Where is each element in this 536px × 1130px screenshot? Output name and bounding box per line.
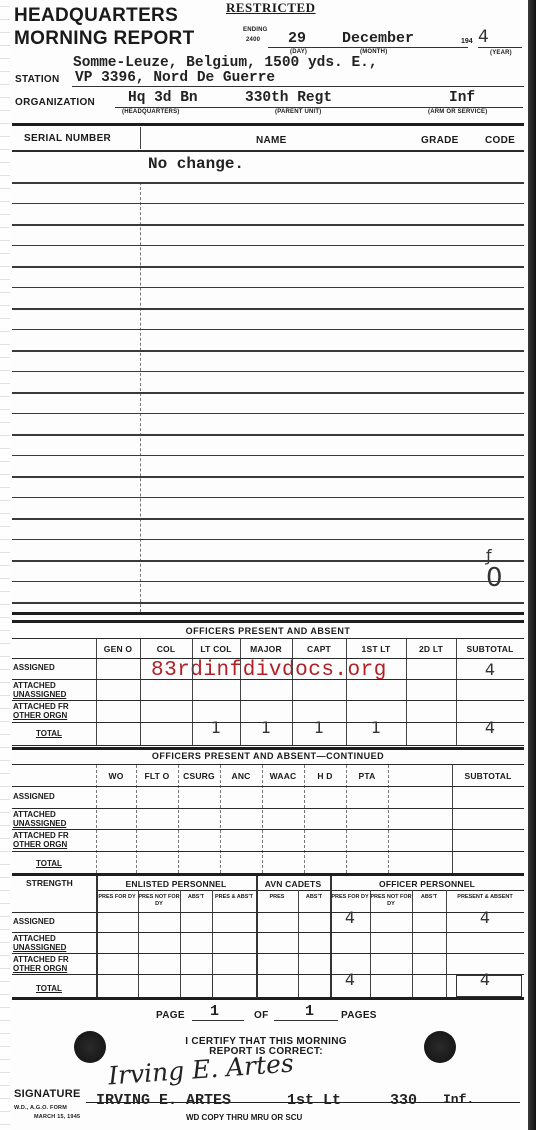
officers-cont-col-divider [452, 765, 453, 873]
officers-cont-col-header: WO [96, 771, 136, 781]
strength-bottom-rule [12, 997, 524, 1000]
officers-cont-col-divider [388, 765, 389, 873]
year-underline [478, 47, 522, 48]
strength-cell-value: 4 [330, 908, 370, 927]
col-code: CODE [485, 135, 515, 146]
form-date: MARCH 15, 1945 [34, 1114, 80, 1120]
officers-cont-col-divider [262, 765, 263, 873]
ruled-line [12, 518, 524, 520]
officers-cont-row-rule [12, 786, 524, 787]
ruled-line [12, 287, 524, 288]
strength-col-header: ABS'T [298, 894, 330, 901]
strength-cell-value: 4 [330, 970, 370, 989]
ruled-line [12, 560, 524, 562]
officers-section-title: OFFICERS PRESENT AND ABSENT [12, 626, 524, 636]
officers-cell-value: 1 [240, 718, 292, 737]
strength-col-header: PRES FOR DY [330, 894, 370, 901]
station-underline [72, 86, 524, 87]
form-id: W.D., A.G.O. FORM [14, 1105, 67, 1111]
strength-row-rule [12, 932, 524, 933]
officers-cont-title-rule [12, 764, 524, 765]
officers-col-divider [140, 639, 141, 745]
enlisted-total-box [212, 974, 258, 998]
col-serial-number: SERIAL NUMBER [24, 133, 111, 144]
signer-arm: Inf. [443, 1092, 474, 1107]
roster-header-rule [12, 150, 524, 152]
strength-row-rule [12, 953, 524, 954]
organization-hq: Hq 3d Bn [128, 90, 198, 106]
officers-continued-title: OFFICERS PRESENT AND ABSENT—CONTINUED [12, 751, 524, 761]
officers-col-header: LT COL [192, 644, 240, 654]
signature-label: SIGNATURE [14, 1088, 81, 1100]
of-label: OF [254, 1010, 269, 1021]
officers-cont-top-rule [12, 747, 524, 750]
ruled-line [12, 581, 524, 582]
station-line2: VP 3396, Nord De Guerre [75, 70, 275, 86]
strength-row-label: TOTAL [36, 984, 62, 993]
ruled-bottom-rule [12, 612, 524, 615]
ruled-line [12, 350, 524, 352]
officers-cont-col-divider [346, 765, 347, 873]
hq-caption: (HEADQUARTERS) [122, 109, 179, 115]
ruled-line [12, 602, 524, 604]
strength-col-divider [298, 890, 299, 997]
strength-group-rule [96, 890, 524, 891]
officers-cell-value: 1 [346, 718, 406, 737]
officers-cont-row-label: TOTAL [36, 859, 62, 868]
strength-col-header: ABS'T [180, 894, 212, 901]
ruled-line [12, 392, 524, 394]
officers-cont-col-divider [178, 765, 179, 873]
year-prefix: 194 [461, 38, 473, 45]
officers-row-rule [12, 745, 524, 746]
roster-col-divider [140, 127, 141, 149]
ruled-line [12, 245, 524, 246]
officers-cont-col-divider [220, 765, 221, 873]
ruled-line [12, 329, 524, 330]
page-label: PAGE [156, 1010, 185, 1021]
officers-row-rule [12, 700, 524, 701]
officers-cont-col-divider [304, 765, 305, 873]
group-enlisted: ENLISTED PERSONNEL [96, 879, 256, 889]
arm-caption: (ARM OR SERVICE) [428, 109, 487, 115]
ending-label: ENDING [243, 27, 268, 33]
officers-col-header: COL [140, 644, 192, 654]
binder-hole-left [74, 1031, 106, 1063]
ruled-line [12, 476, 524, 478]
group-avn-cadets: AVN CADETS [256, 879, 330, 889]
officers-cont-row-label: ASSIGNED [13, 792, 55, 801]
parent-unit-caption: (PARENT UNIT) [275, 109, 321, 115]
officers-col-header: GEN O [96, 644, 140, 654]
page-total-underline [274, 1020, 338, 1021]
officers-cont-col-divider [96, 765, 97, 873]
strength-label: STRENGTH [26, 879, 73, 888]
organization-underline [115, 107, 523, 108]
officers-row-label: TOTAL [36, 729, 62, 738]
officers-row-label: ASSIGNED [13, 663, 55, 672]
officers-cell-value: 4 [456, 660, 524, 679]
strength-cell-value: 4 [446, 908, 524, 927]
signer-unit: 330 [390, 1092, 417, 1109]
ruled-line [12, 308, 524, 310]
col-name: NAME [256, 135, 287, 146]
officers-cont-row-rule [12, 829, 524, 830]
officers-cont-col-header: FLT O [136, 771, 178, 781]
strength-col-divider [180, 890, 181, 997]
officers-row-rule [12, 658, 524, 659]
strength-col-header: PRES FOR DY [96, 894, 138, 901]
ruled-line [12, 434, 524, 436]
date-underline [268, 47, 468, 48]
officers-cont-row-label: ATTACHEDUNASSIGNED [13, 810, 66, 828]
officers-row-rule [12, 679, 524, 680]
page-total: 1 [305, 1003, 314, 1020]
officers-cont-col-header: ANC [220, 771, 262, 781]
station-line1: Somme-Leuze, Belgium, 1500 yds. E., [73, 55, 378, 71]
margin-handwritten-mark: ƒ 0 [486, 543, 506, 591]
officers-title-rule [12, 638, 524, 639]
strength-row-label: ATTACHED FROTHER ORGN [13, 955, 69, 973]
ruled-line [12, 224, 524, 226]
signer-name: IRVING E. ARTES [96, 1092, 231, 1109]
officers-col-header: SUBTOTAL [456, 644, 524, 654]
organization-label: ORGANIZATION [15, 97, 95, 108]
pages-label: PAGES [341, 1010, 377, 1021]
officers-cell-value: 1 [292, 718, 346, 737]
officers-col-divider [406, 639, 407, 745]
ruled-line [12, 182, 524, 184]
ruled-line [12, 539, 524, 540]
report-month: December [342, 30, 414, 47]
scan-edge-right [528, 0, 536, 1130]
roster-top-rule [12, 123, 524, 126]
ruled-line [12, 413, 524, 414]
year-suffix: 4 [478, 27, 489, 47]
binder-hole-right [424, 1031, 456, 1063]
report-day: 29 [288, 30, 306, 47]
strength-top-rule [12, 873, 524, 876]
officers-col-header: CAPT [292, 644, 346, 654]
officers-row-label: ATTACHEDUNASSIGNED [13, 681, 66, 699]
roster-entry: No change. [148, 155, 244, 173]
strength-row-label: ASSIGNED [13, 917, 55, 926]
strength-col-header: ABS'T [412, 894, 446, 901]
group-officer-personnel: OFFICER PERSONNEL [330, 879, 524, 889]
officers-cont-col-divider [136, 765, 137, 873]
officers-row-label: ATTACHED FROTHER ORGN [13, 702, 69, 720]
page-num-underline [192, 1020, 244, 1021]
officers-top-rule [12, 620, 524, 623]
ruled-line [12, 266, 524, 268]
officers-cont-row-rule [12, 851, 524, 852]
officers-cell-value: 1 [192, 718, 240, 737]
officers-cont-row-rule [12, 808, 524, 809]
officers-col-header: 1ST LT [346, 644, 406, 654]
officers-cont-col-header: H D [304, 771, 346, 781]
year-caption: (YEAR) [490, 50, 512, 56]
roster-serial-divider [140, 182, 141, 612]
signer-grade: 1st Lt [287, 1092, 341, 1109]
ruled-line [12, 455, 524, 456]
organization-parent-unit: 330th Regt [245, 90, 332, 106]
ending-hour-label: 2400 [246, 37, 260, 43]
strength-col-header: PRES NOT FOR DY [138, 894, 180, 908]
strength-col-header: PRES [256, 894, 298, 901]
ruled-line [12, 497, 524, 498]
officers-cont-col-header: PTA [346, 771, 388, 781]
officers-cont-col-header: SUBTOTAL [452, 771, 524, 781]
col-grade: GRADE [421, 135, 459, 146]
scan-edge-left [0, 0, 10, 1130]
officers-cell-value: 4 [456, 718, 524, 737]
classification-stamp: RESTRICTED [226, 0, 316, 16]
ruled-line [12, 371, 524, 372]
strength-col-header: PRESENT & ABSENT [446, 894, 524, 901]
page-number: 1 [210, 1003, 219, 1020]
ruled-line [12, 203, 524, 204]
station-label: STATION [15, 74, 60, 85]
officers-cont-col-header: CSURG [178, 771, 220, 781]
strength-col-header: PRES NOT FOR DY [370, 894, 412, 908]
handwritten-signature: Irving E. Artes [107, 1049, 294, 1091]
strength-col-divider [412, 890, 413, 997]
officers-cont-col-header: WAAC [262, 771, 304, 781]
morning-report-page: RESTRICTED HEADQUARTERS MORNING REPORT E… [0, 0, 528, 1130]
routing-note: WD COPY THRU MRU OR SCU [186, 1113, 302, 1122]
officers-col-divider [96, 639, 97, 745]
form-title-line1: HEADQUARTERS [14, 5, 178, 27]
strength-row-label: ATTACHEDUNASSIGNED [13, 934, 66, 952]
form-title-line2: MORNING REPORT [14, 28, 194, 50]
officers-col-header: MAJOR [240, 644, 292, 654]
strength-col-header: PRES & ABS'T [212, 894, 256, 901]
officers-col-header: 2D LT [406, 644, 456, 654]
organization-arm: Inf [449, 90, 475, 106]
strength-cell-value: 4 [446, 970, 524, 989]
officers-cont-row-label: ATTACHED FROTHER ORGN [13, 831, 69, 849]
